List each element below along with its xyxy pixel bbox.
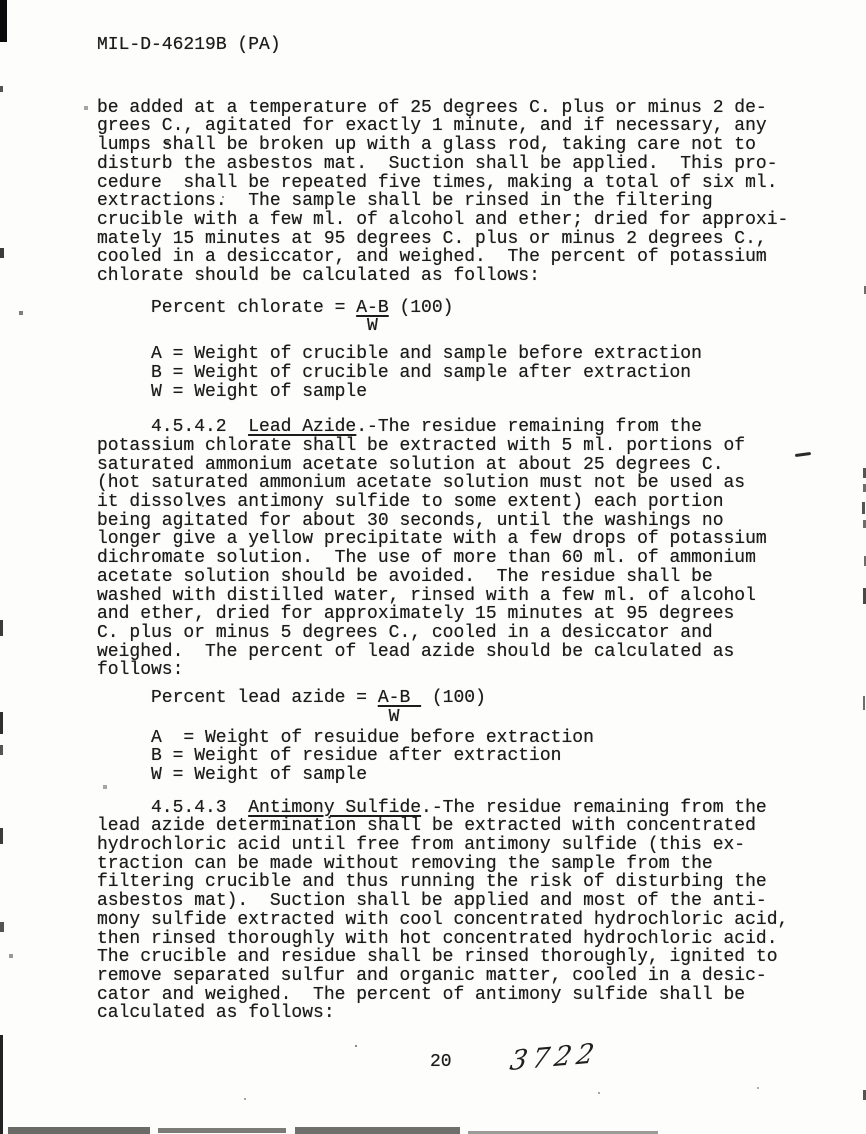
scan-artifact-left-edge	[0, 248, 4, 258]
formula-denominator: W	[151, 317, 826, 336]
section-body: lead azide determination shall be extrac…	[97, 817, 826, 1023]
section-number: 4.5.4.3	[151, 798, 248, 818]
scan-artifact-left-edge	[0, 922, 4, 932]
formula-prefix: Percent chlorate =	[151, 298, 356, 318]
formula-suffix: (100)	[421, 688, 486, 708]
page-footer: 20 3722	[97, 1049, 826, 1072]
scan-artifact-right-edge	[863, 696, 865, 710]
handwritten-number: 3722	[509, 1045, 600, 1072]
scan-artifact-left-edge	[0, 1035, 3, 1134]
scanned-document-page: MIL-D-46219B (PA) be added at a temperat…	[0, 0, 866, 1134]
formula-line: Percent chlorate = A-B (100)	[151, 299, 826, 318]
lead-azide-variable-definitions: A = Weight of resuidue before extraction…	[97, 729, 826, 785]
scan-artifact-left-edge	[0, 712, 3, 734]
section-title: Lead Azide	[248, 417, 356, 437]
formula-numerator: A-B	[378, 688, 421, 708]
scan-artifact-topleft-bar	[0, 0, 7, 42]
formula-prefix: Percent lead azide =	[151, 688, 378, 708]
scan-artifact-left-edge	[0, 745, 3, 755]
chlorate-variable-definitions: A = Weight of crucible and sample before…	[97, 345, 826, 401]
scan-specks	[0, 0, 2, 2]
scan-artifact-left-edge	[0, 86, 3, 92]
section-number: 4.5.4.2	[151, 417, 248, 437]
section-body: potassium chlorate shall be extracted wi…	[97, 437, 826, 680]
intro-paragraph: be added at a temperature of 25 degrees …	[97, 99, 826, 286]
scan-artifact-bottom-edge	[295, 1127, 460, 1134]
scan-artifact-bottom-edge	[8, 1127, 150, 1134]
section-heading: 4.5.4.2 Lead Azide.-The residue remainin…	[97, 418, 826, 437]
formula-line: Percent lead azide = A-B (100)	[151, 689, 826, 708]
formula-percent-chlorate: Percent chlorate = A-B (100) W	[97, 299, 826, 336]
formula-suffix: (100)	[389, 298, 454, 318]
scan-artifact-bottom-edge	[158, 1128, 286, 1133]
section-heading: 4.5.4.3 Antimony Sulfide.-The residue re…	[97, 799, 826, 818]
formula-percent-lead-azide: Percent lead azide = A-B (100) W	[97, 689, 826, 726]
formula-numerator: A-B	[356, 298, 388, 318]
page-content: MIL-D-46219B (PA) be added at a temperat…	[0, 0, 866, 1072]
formula-denominator: W	[151, 708, 826, 727]
section-lead-azide: 4.5.4.2 Lead Azide.-The residue remainin…	[97, 418, 826, 680]
document-id: MIL-D-46219B (PA)	[97, 36, 826, 55]
section-title: Antimony Sulfide	[248, 798, 421, 818]
scan-artifact-left-edge	[0, 828, 3, 844]
section-heading-rest: .-The residue remaining from the	[421, 798, 767, 818]
scan-artifact-right-edge	[862, 502, 865, 514]
scan-artifact-left-edge	[0, 620, 3, 636]
page-number: 20	[430, 1053, 452, 1072]
section-heading-rest: .-The residue remaining from the	[356, 417, 702, 437]
section-antimony-sulfide: 4.5.4.3 Antimony Sulfide.-The residue re…	[97, 799, 826, 1023]
